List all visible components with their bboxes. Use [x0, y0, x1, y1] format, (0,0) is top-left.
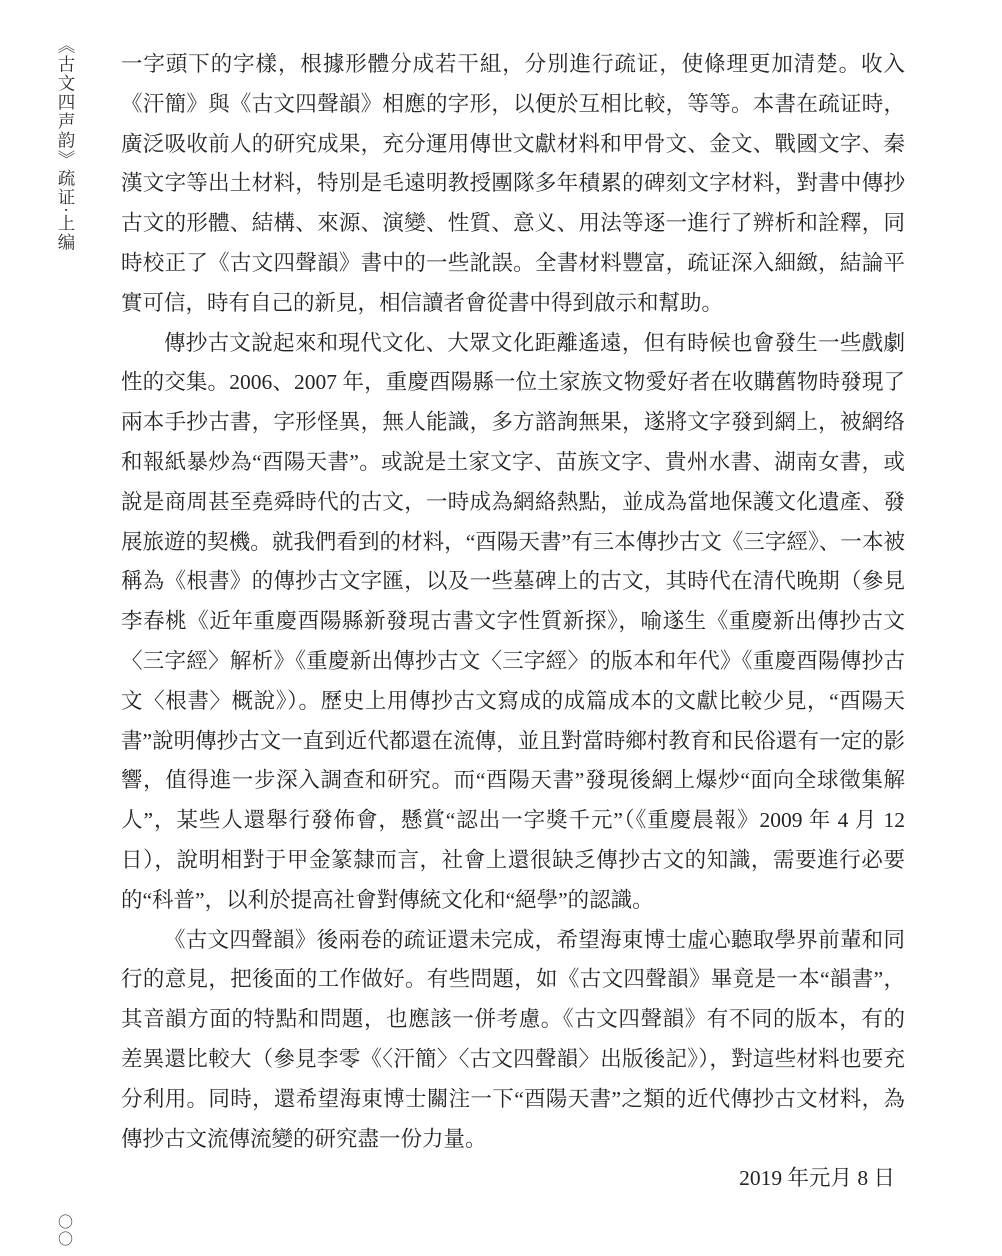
paragraph-2: 傳抄古文說起來和現代文化、大眾文化距離遙遠，但有時候也會發生一些戲劇性的交集。2… — [121, 324, 905, 921]
book-page-body: { "page": { "background_color": "#ffffff… — [0, 0, 1002, 1256]
book-page: 《古文四声韵》疏证·上编 〇〇 一字頭下的字樣，根據形體分成若干組，分別進行疏证… — [0, 0, 1002, 1256]
page-content: 一字頭下的字樣，根據形體分成若干組，分別進行疏证，使條理更加清楚。收入《汗簡》與… — [121, 45, 905, 1199]
date-line: 2019 年元月 8 日 — [121, 1159, 905, 1199]
paragraph-1: 一字頭下的字樣，根據形體分成若干組，分別進行疏证，使條理更加清楚。收入《汗簡》與… — [121, 45, 905, 324]
paragraph-3: 《古文四聲韻》後兩卷的疏证還未完成，希望海東博士虛心聽取學界前輩和同行的意見，把… — [121, 921, 905, 1160]
spine-vertical-title: 《古文四声韵》疏证·上编 — [54, 36, 79, 252]
folio-marks: 〇〇 — [54, 1214, 75, 1248]
